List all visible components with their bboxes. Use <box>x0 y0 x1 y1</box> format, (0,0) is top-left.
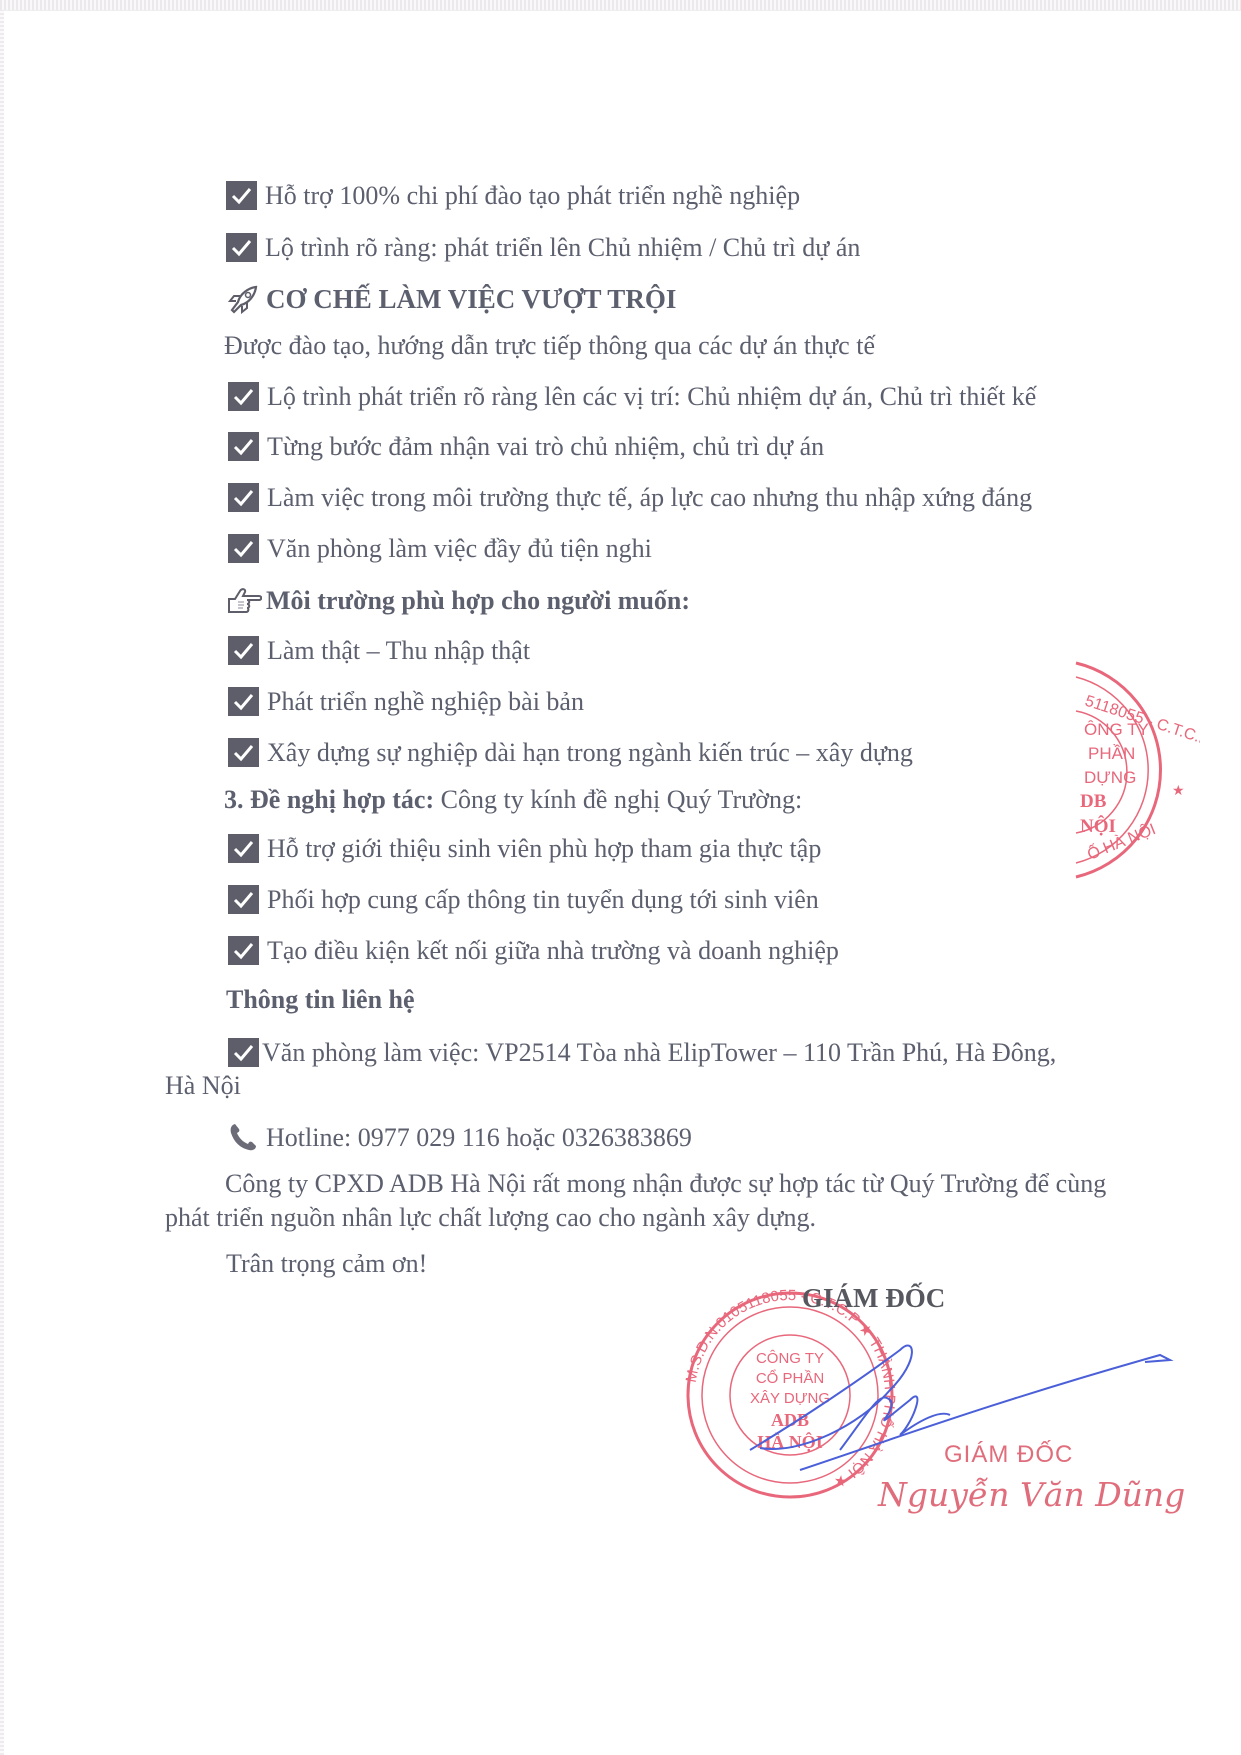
list-item-text: Phối hợp cung cấp thông tin tuyển dụng t… <box>267 885 819 914</box>
stamp-title: GIÁM ĐỐC <box>944 1441 1073 1469</box>
checkbox-checked-icon <box>228 483 259 512</box>
proposal-heading-rest: Công ty kính đề nghị Quý Trường: <box>434 785 802 814</box>
scan-perforation-left <box>0 10 4 1755</box>
closing-paragraph: Công ty CPXD ADB Hà Nội rất mong nhận đư… <box>165 1167 1145 1235</box>
list-item-text: Xây dựng sự nghiệp dài hạn trong ngành k… <box>267 738 913 767</box>
section-heading-environment: Môi trường phù hợp cho người muốn: <box>226 586 690 617</box>
list-item-text: Phát triển nghề nghiệp bài bản <box>267 687 584 716</box>
signature-title: GIÁM ĐỐC <box>802 1283 945 1314</box>
svg-text:ÔNG TY: ÔNG TY <box>1084 720 1149 739</box>
contact-hotline: Hotline: 0977 029 116 hoặc 0326383869 <box>228 1122 692 1153</box>
checkbox-checked-icon <box>228 1038 259 1067</box>
list-item-text: Hỗ trợ 100% chi phí đào tạo phát triển n… <box>265 181 800 210</box>
list-item-text: Lộ trình rõ ràng: phát triển lên Chủ nhi… <box>265 233 860 262</box>
section-intro: Được đào tạo, hướng dẫn trực tiếp thông … <box>224 331 875 361</box>
checkbox-checked-icon <box>226 181 257 210</box>
list-item-text: Lộ trình phát triển rõ ràng lên các vị t… <box>267 382 1036 411</box>
list-item: Lộ trình phát triển rõ ràng lên các vị t… <box>228 382 1036 412</box>
section-heading-text: Môi trường phù hợp cho người muốn: <box>266 586 690 615</box>
list-item-text: Từng bước đảm nhận vai trò chủ nhiệm, ch… <box>267 432 824 461</box>
list-item-text: Hỗ trợ giới thiệu sinh viên phù hợp tham… <box>267 834 821 863</box>
list-item: Tạo điều kiện kết nối giữa nhà trường và… <box>228 936 839 966</box>
pointing-hand-icon <box>226 587 262 617</box>
checkbox-checked-icon <box>228 687 259 716</box>
list-item-text: Tạo điều kiện kết nối giữa nhà trường và… <box>267 936 839 965</box>
contact-hotline-text: Hotline: 0977 029 116 hoặc 0326383869 <box>266 1123 692 1152</box>
proposal-heading-bold: 3. Đề nghị hợp tác: <box>224 785 434 814</box>
checkbox-checked-icon <box>226 233 257 262</box>
list-item: Làm thật – Thu nhập thật <box>228 636 530 666</box>
list-item: Làm việc trong môi trường thực tế, áp lự… <box>228 483 1032 513</box>
scan-perforation-top <box>0 0 1241 11</box>
contact-heading: Thông tin liên hệ <box>226 985 415 1015</box>
list-item: Phối hợp cung cấp thông tin tuyển dụng t… <box>228 885 819 915</box>
svg-text:PHẦN: PHẦN <box>1088 744 1135 763</box>
checkbox-checked-icon <box>228 885 259 914</box>
checkbox-checked-icon <box>228 834 259 863</box>
section-heading-mechanism: CƠ CHẾ LÀM VIỆC VƯỢT TRỘI <box>226 284 676 314</box>
list-item-text: Làm thật – Thu nhập thật <box>267 636 530 665</box>
partial-company-seal-icon: 5118055 - C.T.C.P ÔNG TY PHẦN DỰNG DB NỘ… <box>1050 655 1200 885</box>
rocket-icon <box>226 284 262 314</box>
list-item: Lộ trình rõ ràng: phát triển lên Chủ nhi… <box>226 233 860 263</box>
checkbox-checked-icon <box>228 534 259 563</box>
section-heading-proposal: 3. Đề nghị hợp tác: Công ty kính đề nghị… <box>224 785 802 815</box>
phone-icon <box>228 1122 262 1152</box>
checkbox-checked-icon <box>228 936 259 965</box>
checkbox-checked-icon <box>228 432 259 461</box>
svg-text:DB: DB <box>1080 791 1107 812</box>
closing-thanks: Trân trọng cảm ơn! <box>226 1249 427 1279</box>
list-item: Hỗ trợ 100% chi phí đào tạo phát triển n… <box>226 181 800 211</box>
list-item: Từng bước đảm nhận vai trò chủ nhiệm, ch… <box>228 432 824 462</box>
contact-office-line2: Hà Nội <box>165 1071 241 1101</box>
list-item-text: Văn phòng làm việc đầy đủ tiện nghi <box>267 534 652 563</box>
contact-office-text: Văn phòng làm việc: VP2514 Tòa nhà ElipT… <box>262 1038 1056 1067</box>
list-item: Phát triển nghề nghiệp bài bản <box>228 687 584 717</box>
svg-text:DỰNG: DỰNG <box>1084 768 1136 787</box>
checkbox-checked-icon <box>228 636 259 665</box>
svg-text:NỘI: NỘI <box>1080 815 1116 837</box>
list-item: Xây dựng sự nghiệp dài hạn trong ngành k… <box>228 738 913 768</box>
section-heading-text: CƠ CHẾ LÀM VIỆC VƯỢT TRỘI <box>266 284 676 314</box>
director-name: Nguyễn Văn Dũng <box>878 1475 1185 1514</box>
checkbox-checked-icon <box>228 382 259 411</box>
contact-office: Văn phòng làm việc: VP2514 Tòa nhà ElipT… <box>228 1038 1056 1068</box>
list-item: Hỗ trợ giới thiệu sinh viên phù hợp tham… <box>228 834 821 864</box>
checkbox-checked-icon <box>228 738 259 767</box>
list-item: Văn phòng làm việc đầy đủ tiện nghi <box>228 534 652 564</box>
svg-text:★: ★ <box>1172 783 1185 799</box>
list-item-text: Làm việc trong môi trường thực tế, áp lự… <box>267 483 1032 512</box>
